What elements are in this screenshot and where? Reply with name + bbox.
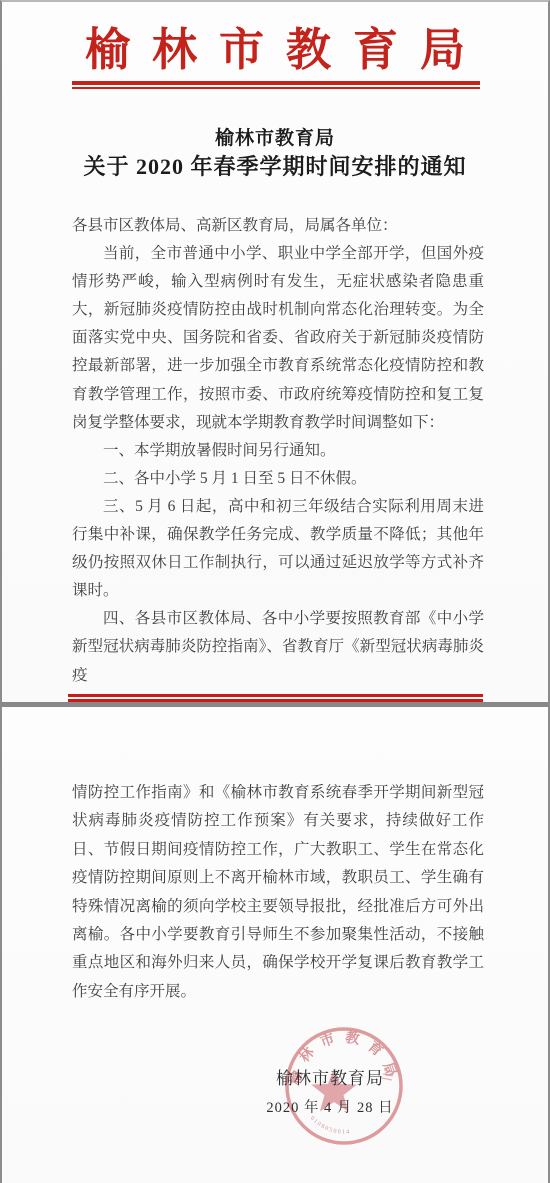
page-2: 情防控工作指南》和《榆林市教育系统春季开学期间新型冠状病毒肺炎疫情防控工作预案》… <box>0 707 550 1183</box>
scanned-notice-document: { "letterhead": { "org": "榆林市教育局", "acce… <box>0 0 550 1183</box>
letterhead-double-rule <box>72 81 480 89</box>
page1-end-red-rule <box>68 694 483 702</box>
body-paragraph-item-3: 三、5 月 6 日起，高中和初三年级结合实际利用周末进行集中补课，确保教学任务完… <box>72 493 484 605</box>
signature-date: 2020 年 4 月 28 日 <box>230 1096 430 1117</box>
body-paragraph: 当前，全市普通中小学、职业中学全部开学，但国外疫情形势严峻，输入型病例时有发生，… <box>72 240 484 437</box>
body-paragraph-item-1: 一、本学期放暑假时间另行通知。 <box>72 437 484 465</box>
body-paragraph-item-4: 四、各县市区教体局、各中小学要按照教育部《中小学新型冠状病毒肺炎防控指南》、省教… <box>72 605 484 689</box>
body-paragraph-item-2: 二、各中小学 5 月 1 日至 5 日不休假。 <box>72 465 484 493</box>
svg-text:育: 育 <box>364 1038 386 1060</box>
page-1: 榆林市教育局 榆林市教育局 关于 2020 年春季学期时间安排的通知 各县市区教… <box>0 0 550 707</box>
document-title-org-line: 榆林市教育局 <box>2 123 548 150</box>
letterhead-org-title: 榆林市教育局 <box>2 24 548 76</box>
seal-code: 6108050014 <box>309 1115 351 1135</box>
signature-org: 榆林市教育局 <box>235 1064 425 1089</box>
body-paragraph-continued: 情防控工作指南》和《榆林市教育系统春季开学期间新型冠状病毒肺炎疫情防控工作预案》… <box>72 779 484 1006</box>
page2-body: 情防控工作指南》和《榆林市教育系统春季开学期间新型冠状病毒肺炎疫情防控工作预案》… <box>72 779 484 1006</box>
page1-body: 各县市区教体局、高新区教育局，局属各单位： 当前，全市普通中小学、职业中学全部开… <box>72 212 484 702</box>
svg-text:林: 林 <box>296 1043 319 1065</box>
salutation-line: 各县市区教体局、高新区教育局，局属各单位： <box>72 212 484 240</box>
document-title-subject-line: 关于 2020 年春季学期时间安排的通知 <box>2 150 548 181</box>
